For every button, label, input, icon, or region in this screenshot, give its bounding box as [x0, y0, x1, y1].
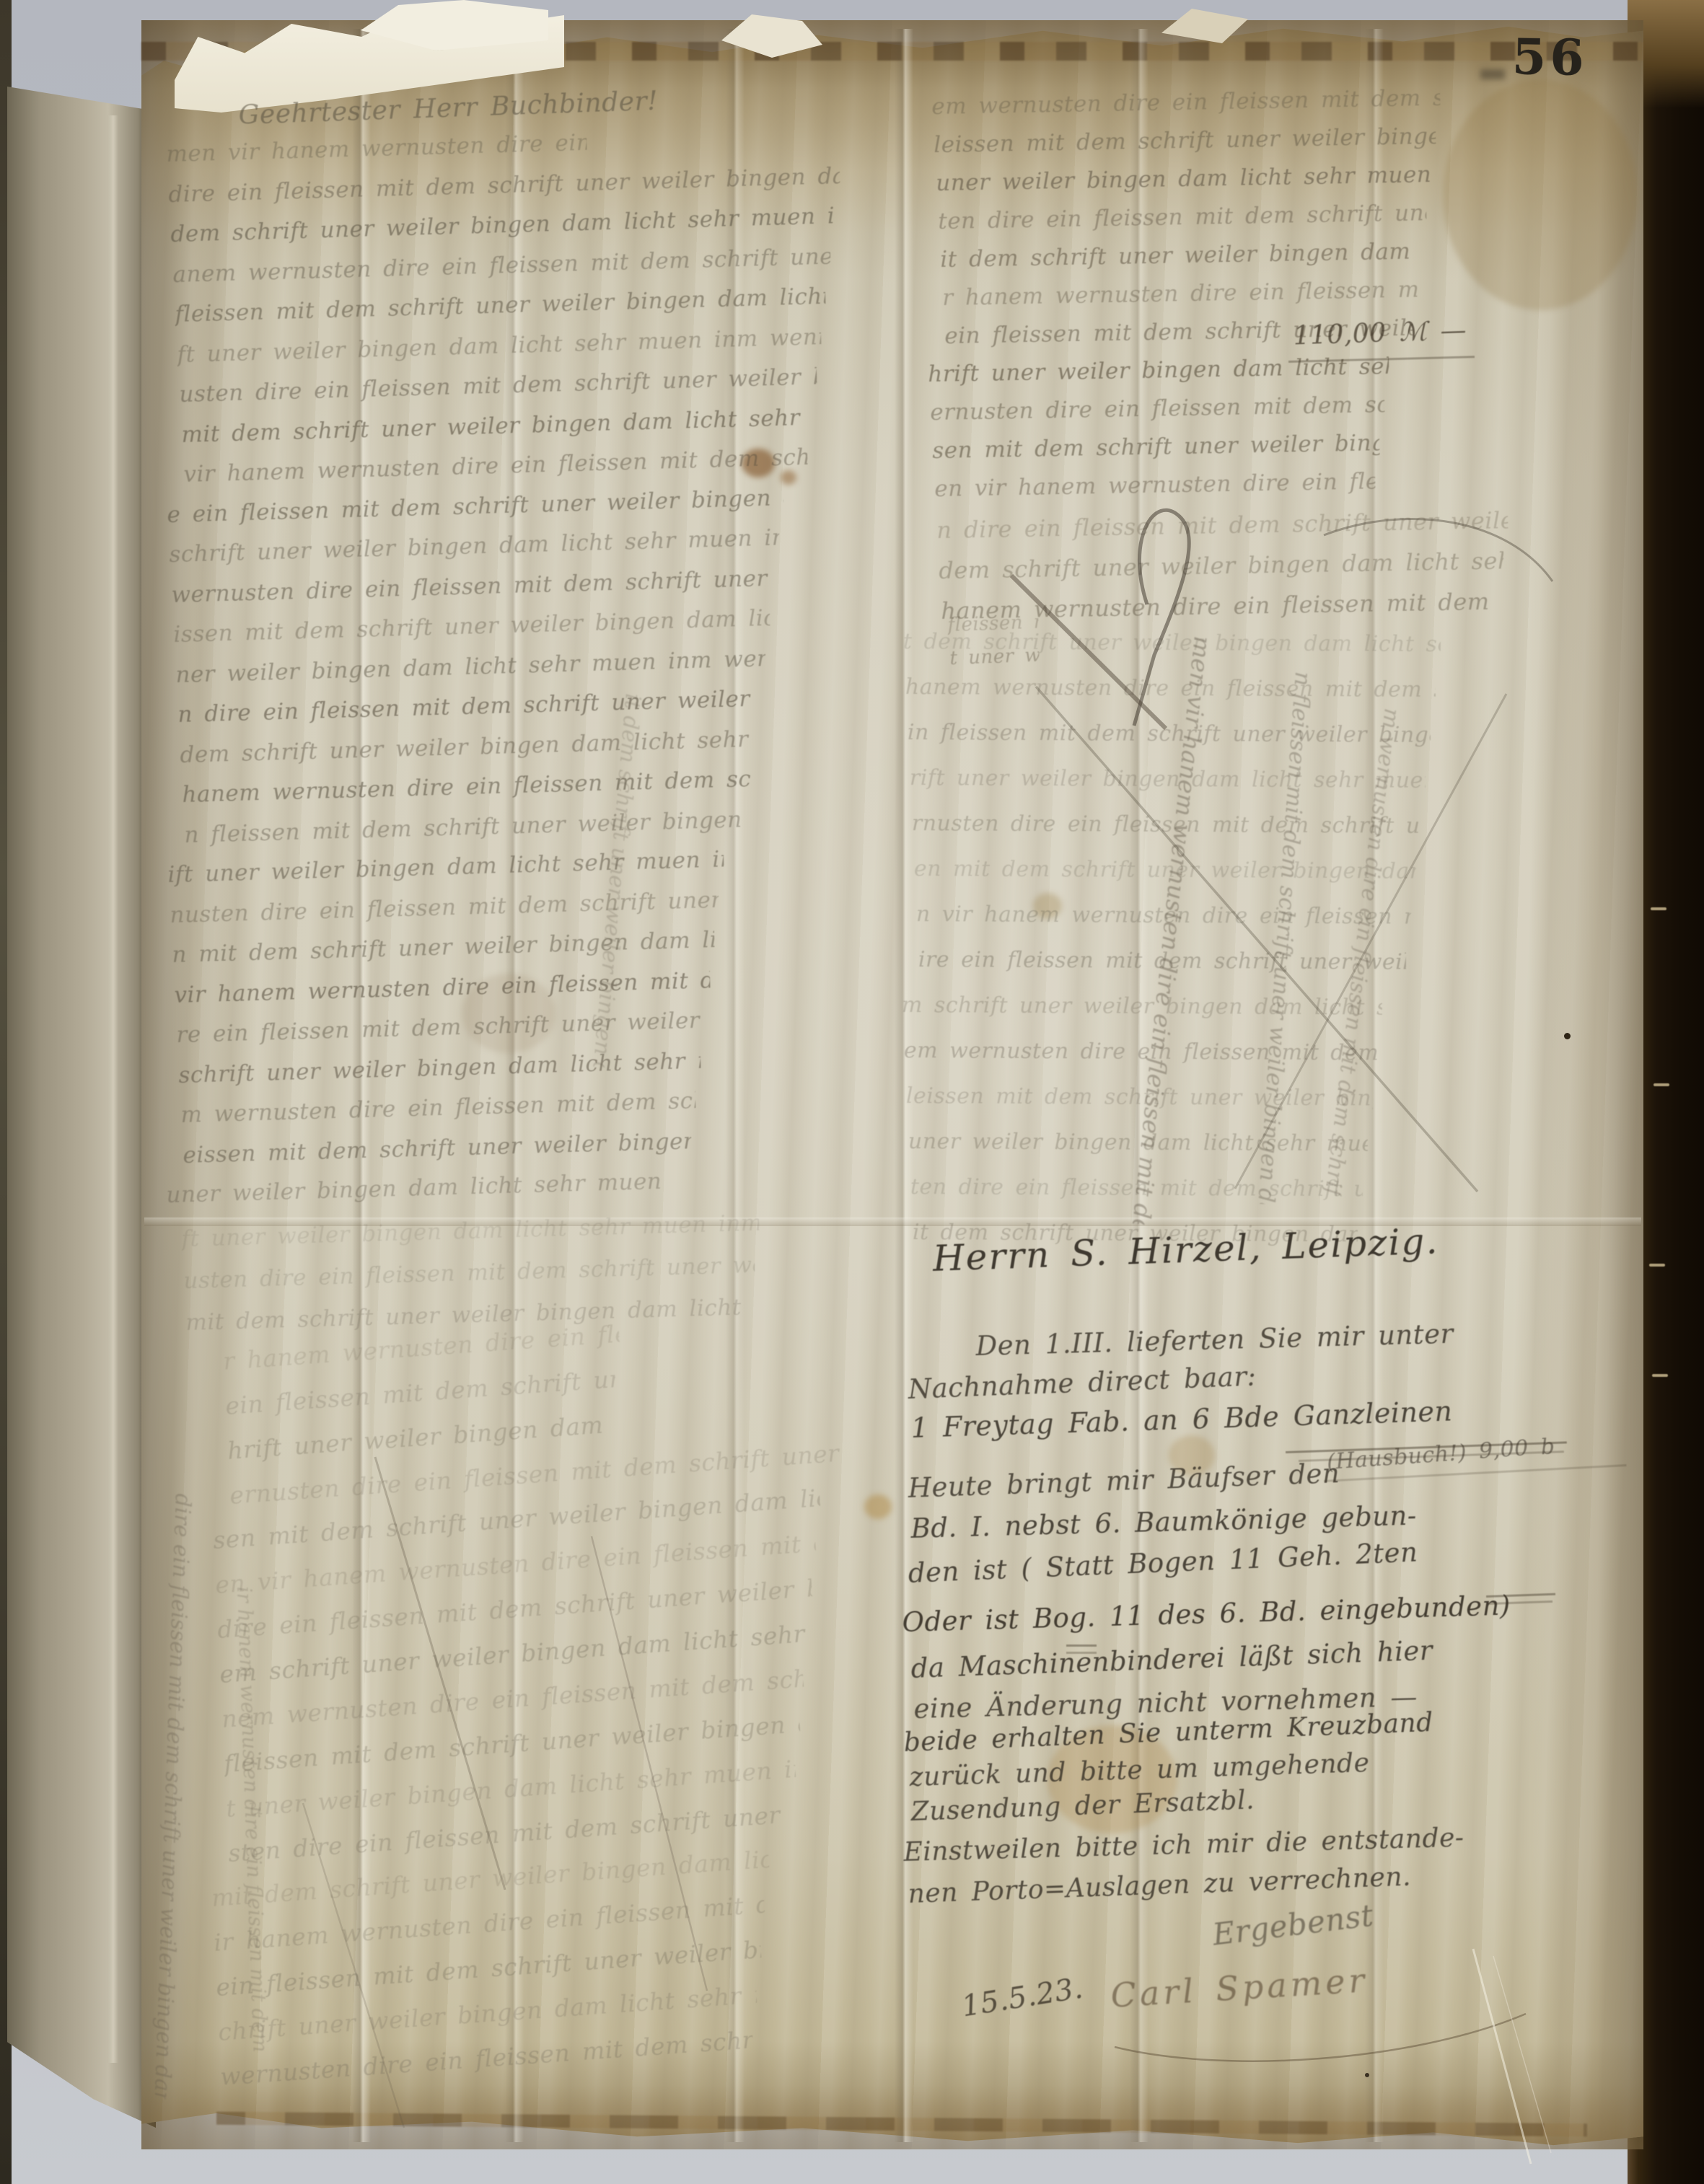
underline-6-2: [1066, 1652, 1097, 1654]
illegible-handwriting-line: rift uner weiler bingen dam licht sehr m…: [910, 765, 1426, 793]
ink-spot: [1365, 2073, 1369, 2077]
page-edge-highlight: [1651, 907, 1666, 910]
ink-spot: [1564, 1033, 1571, 1039]
illegible-handwriting-line: t dem schrift uner weiler bingen dam lic…: [903, 629, 1441, 657]
illegible-handwriting-line: hanem wernusten dire ein fleissen mit de…: [905, 674, 1436, 703]
underline-6: [1066, 1644, 1097, 1647]
illegible-handwriting-line: in fleissen mit dem schrift uner weiler …: [908, 720, 1431, 748]
rust-stain: [781, 470, 796, 485]
page-edge-highlight: [1652, 1374, 1668, 1377]
manuscript-photo: 56 men vir hanem wernusten dire ein flei…: [0, 0, 1704, 2184]
page-edge-highlight: [1654, 1083, 1669, 1086]
adjacent-page-crease: [108, 115, 118, 2063]
page-number: 56: [1511, 28, 1588, 87]
tanned-corner: [1443, 79, 1638, 310]
smudge: [1480, 69, 1505, 79]
stain: [864, 1494, 892, 1519]
illegible-handwriting-line: rnusten dire ein fleissen mit dem schrif…: [912, 811, 1421, 839]
illegible-handwriting-line: m schrift uner weiler bingen dam licht s…: [902, 992, 1382, 1020]
page-edge-highlight: [1649, 1264, 1665, 1267]
amount-note: 110,00 ℳ —: [1293, 316, 1467, 351]
adjacent-page-edge: [7, 87, 156, 2128]
illegible-handwriting-line: em wernusten dire ein fleissen mit dem s…: [904, 1038, 1378, 1065]
